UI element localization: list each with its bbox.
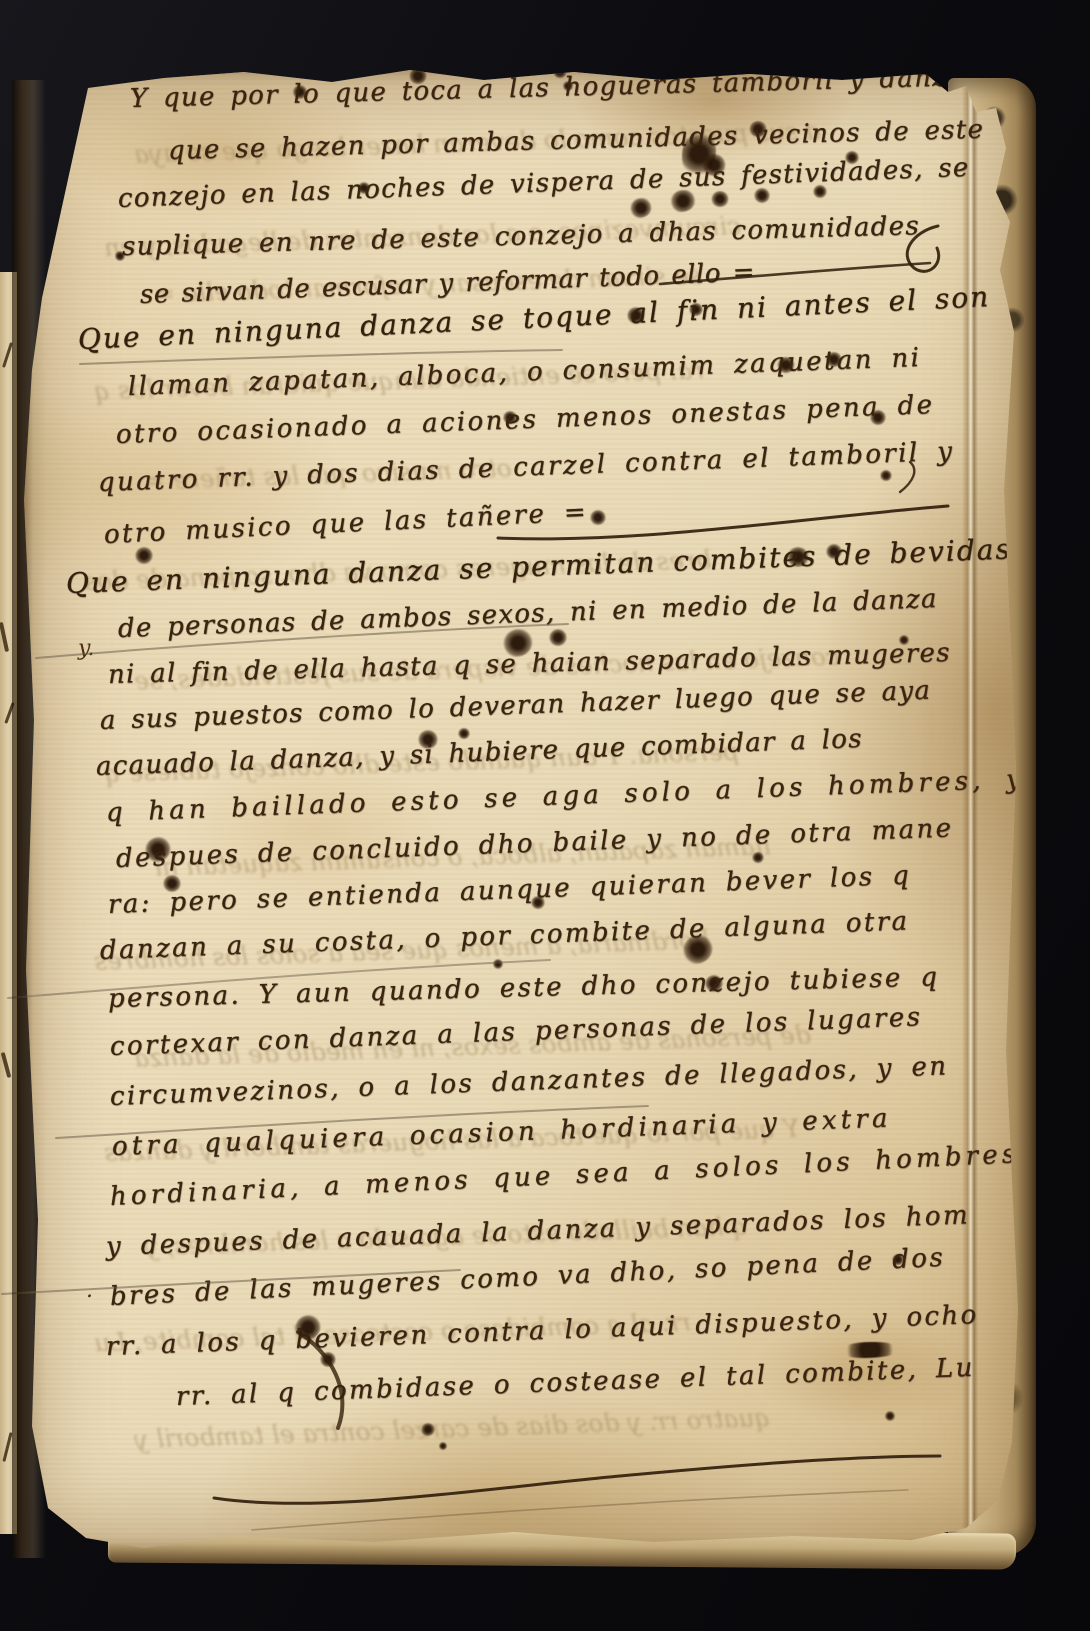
manuscript-line: danzan a su costa, o por combite de algu… [100, 908, 910, 964]
manuscript-line: otro musico que las tañere = [103, 499, 588, 548]
facing-page-ink-mark [2, 1432, 12, 1462]
facing-page-ink-mark [1, 1052, 12, 1078]
manuscript-line: llaman zapatan, alboca, o consumim zaque… [128, 345, 922, 400]
manuscript-line: rr. al q combidase o costease el tal com… [176, 1355, 976, 1410]
manuscript-line: Y que por lo que toca a las hogueras tam… [130, 64, 979, 112]
manuscript-line: rr. a los q bevieren contra lo aqui disp… [106, 1302, 980, 1360]
facing-page-edge [0, 272, 17, 1534]
manuscript-line: suplique en nre de este conzejo a dhas c… [122, 213, 921, 260]
manuscript-photo: a sus puestos como lo deveran hazer lueg… [0, 0, 1090, 1631]
facing-page-ink-mark [4, 702, 14, 724]
manuscript-line: persona. Y aun quando este dho conzejo t… [108, 964, 940, 1012]
manuscript-line: quatro rr. y dos dias de carzel contra e… [98, 439, 955, 496]
manuscript-line: cortexar con danza a las personas de los… [110, 1004, 923, 1060]
facing-page-ink-mark [0, 622, 9, 652]
manuscript-line: circumvezinos, o a los danzantes de lleg… [110, 1053, 949, 1110]
manuscript-line: de personas de ambos sexos, ni en medio … [118, 586, 939, 642]
manuscript-page: a sus puestos como lo deveran hazer lueg… [14, 70, 1030, 1550]
margin-mark: . [86, 1278, 93, 1303]
facing-page-ink-mark [2, 342, 13, 368]
margin-mark: y. [78, 636, 95, 661]
manuscript-line: otro ocasionado a aciones menos onestas … [116, 392, 935, 448]
manuscript-line: acauado la danza, y si hubiere que combi… [96, 726, 864, 780]
handwriting-layer: Y que por lo que toca a las hogueras tam… [14, 70, 1030, 1550]
